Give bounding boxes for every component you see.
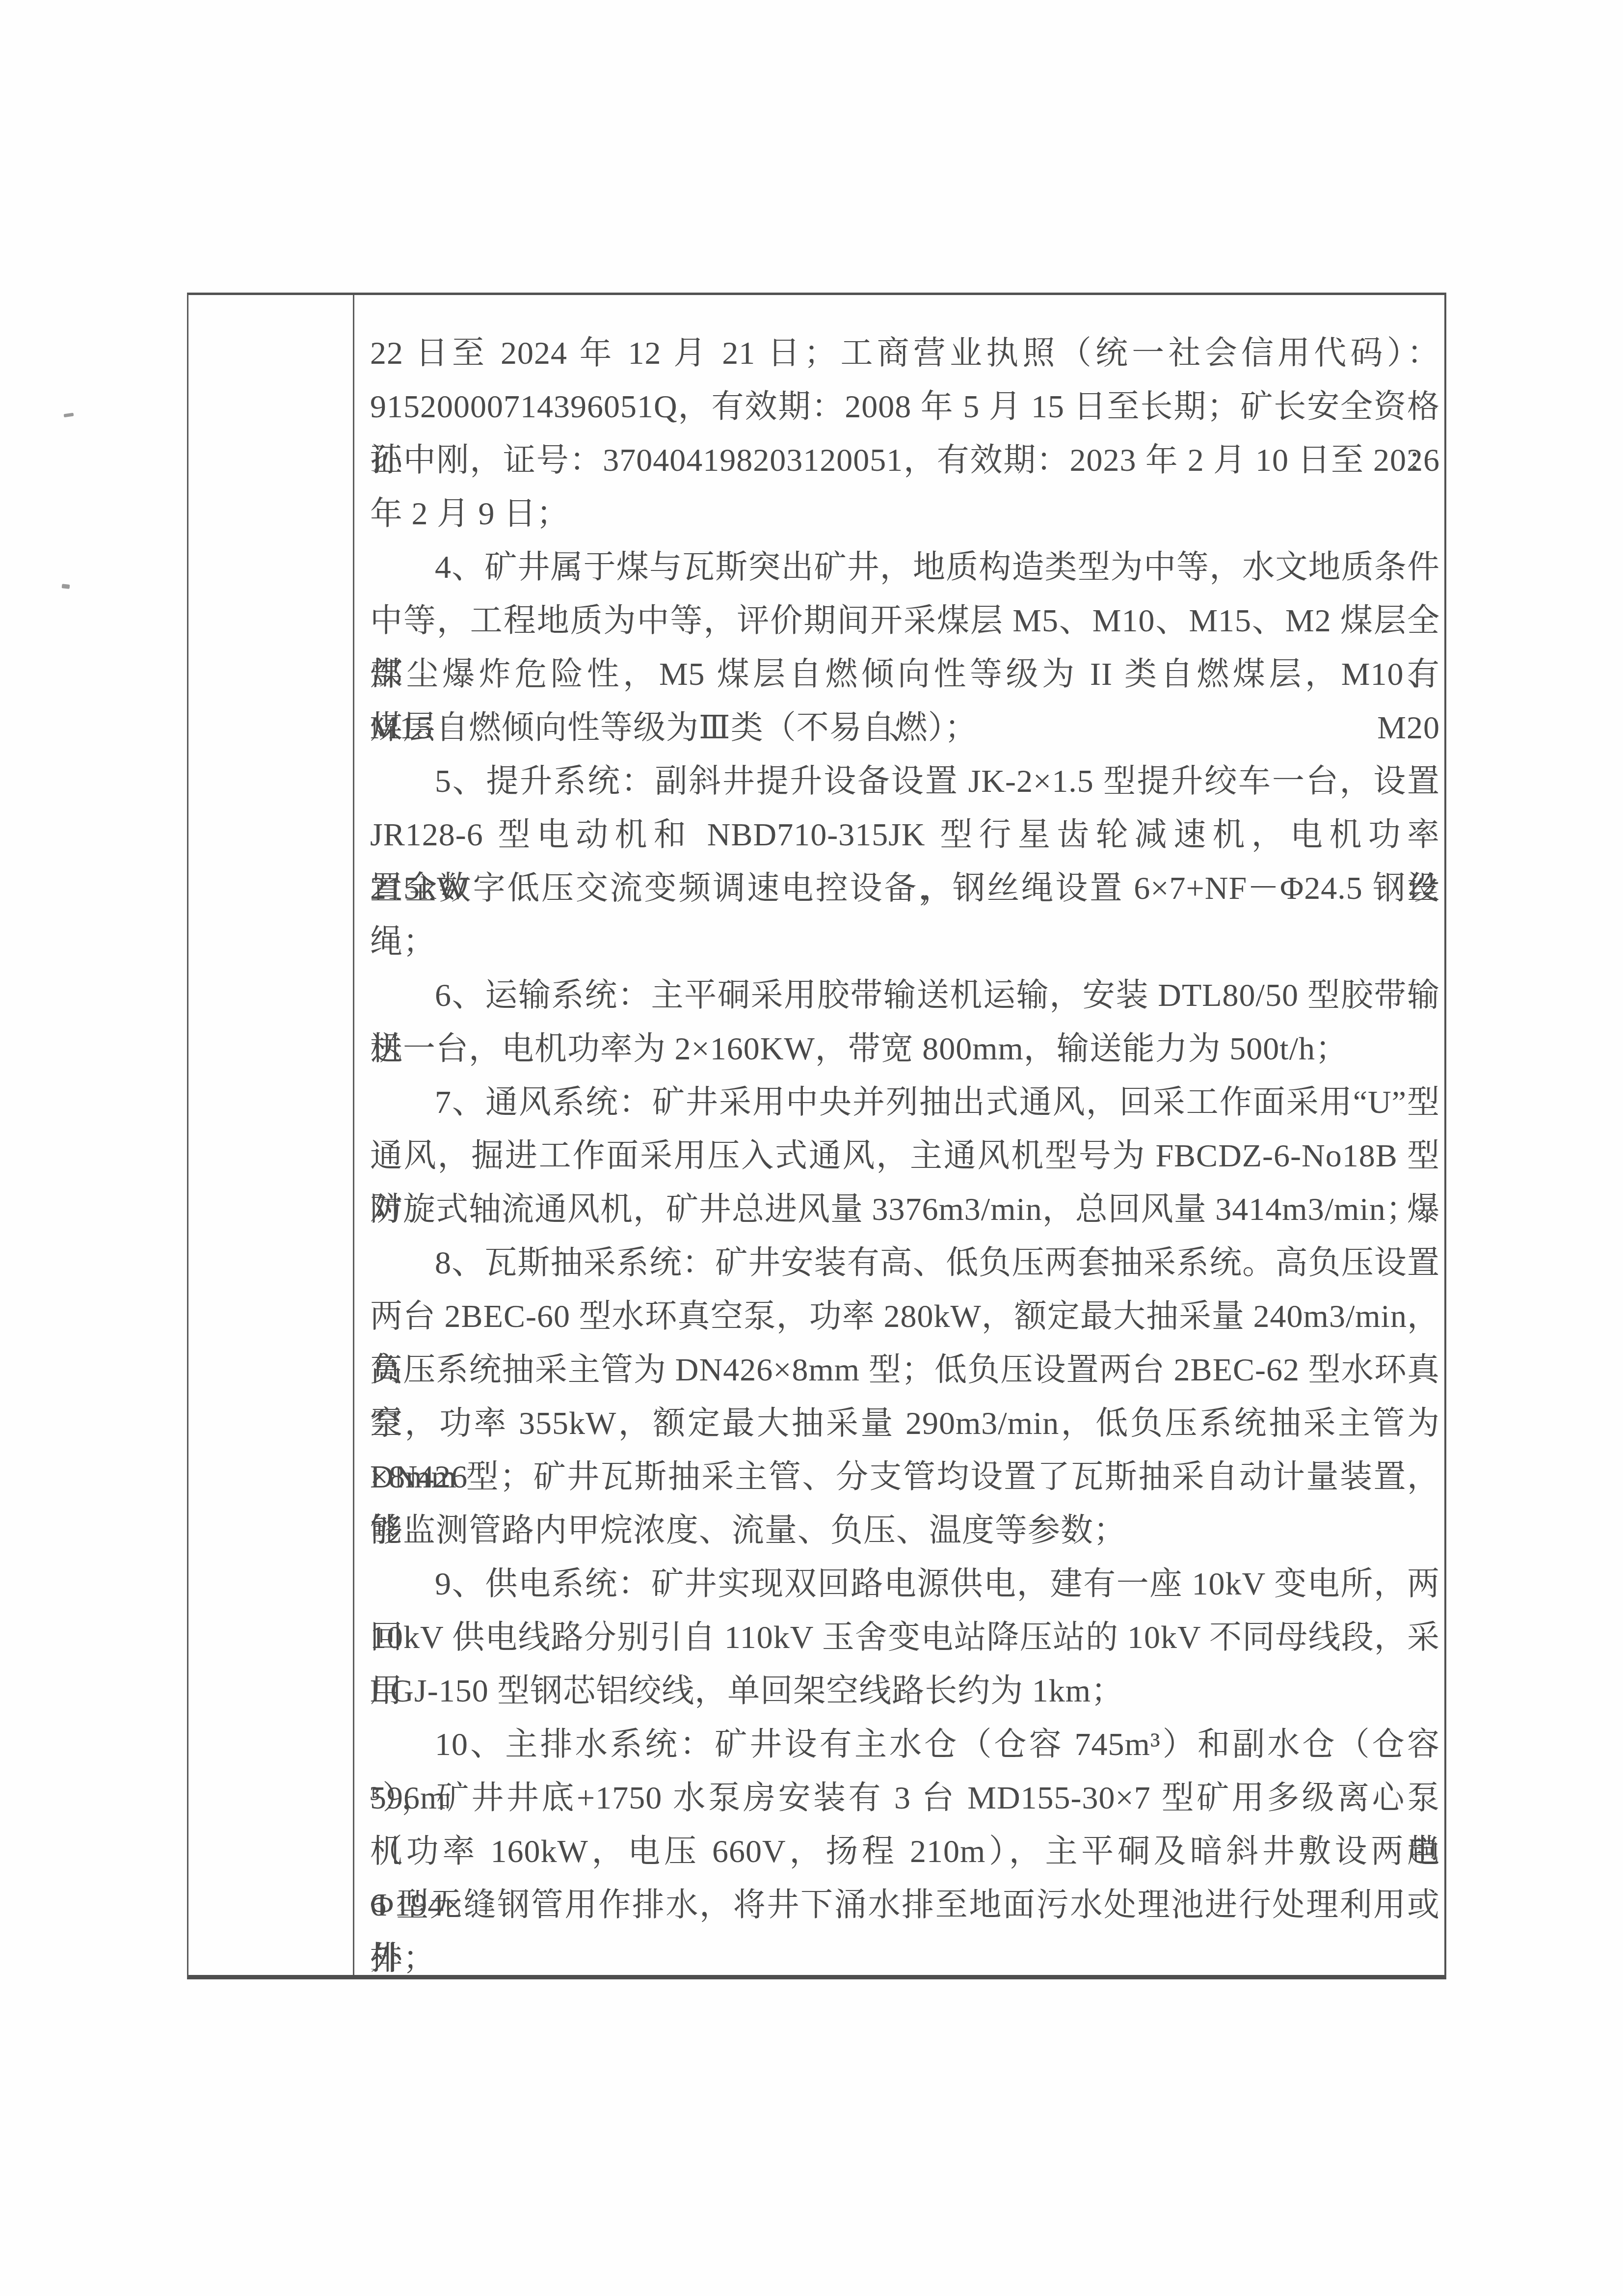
text-line: 孙中刚，证号：370404198203120051，有效期：2023 年 2 月…: [370, 433, 1440, 487]
scan-artifact: [62, 584, 70, 589]
text-line: 中等，工程地质为中等，评价期间开采煤层 M5、M10、M15、M2 煤层全部有: [370, 594, 1440, 648]
text-line: 煤尘爆炸危险性，M5 煤层自燃倾向性等级为 II 类自燃煤层，M10、M15、M…: [370, 648, 1440, 701]
text-line: 22 日至 2024 年 12 月 21 日；工商营业执照（统一社会信用代码）：: [370, 326, 1440, 380]
text-line: 6、运输系统：主平硐采用胶带输送机运输，安装 DTL80/50 型胶带输送: [370, 969, 1440, 1022]
text-line: 9、供电系统：矿井实现双回路电源供电，建有一座 10kV 变电所，两回: [370, 1557, 1440, 1611]
scanned-page: 22 日至 2024 年 12 月 21 日；工商营业执照（统一社会信用代码）：…: [0, 0, 1623, 2296]
text-line: 置全数字低压交流变频调速电控设备，钢丝绳设置 6×7+NF－Φ24.5 钢丝: [370, 862, 1440, 915]
text-line: 对旋式轴流通风机，矿井总进风量 3376m3/min，总回风量 3414m3/m…: [370, 1183, 1440, 1236]
text-line: 够监测管路内甲烷浓度、流量、负压、温度等参数；: [370, 1504, 1440, 1557]
text-line: 10、主排水系统：矿井设有主水仓（仓容 745m³）和副水仓（仓容 596m: [370, 1718, 1440, 1771]
text-line: 4、矿井属于煤与瓦斯突出矿井，地质构造类型为中等，水文地质条件: [370, 540, 1440, 594]
scan-artifact: [64, 413, 74, 418]
text-line: 排；: [370, 1932, 1440, 1985]
table-text-cell: 22 日至 2024 年 12 月 21 日；工商营业执照（统一社会信用代码）：…: [370, 326, 1440, 1985]
text-line: 机一台，电机功率为 2×160KW，带宽 800mm，输送能力为 500t/h；: [370, 1022, 1440, 1076]
table-column-separator: [353, 295, 354, 1975]
text-line: 6 型无缝钢管用作排水，将井下涌水排至地面污水处理池进行处理利用或外: [370, 1878, 1440, 1932]
text-line: 7、通风系统：矿井采用中央并列抽出式通风，回采工作面采用“U”型: [370, 1076, 1440, 1129]
text-line: 5、提升系统：副斜井提升设备设置 JK-2×1.5 型提升绞车一台，设置: [370, 755, 1440, 808]
text-line: 机功率 160kW，电压 660V，扬程 210m），主平硐及暗斜井敷设两趟 Φ…: [370, 1825, 1440, 1878]
text-line: 年 2 月 9 日；: [370, 487, 1440, 540]
text-line: 8、瓦斯抽采系统：矿井安装有高、低负压两套抽采系统。高负压设置: [370, 1236, 1440, 1290]
report-table: 22 日至 2024 年 12 月 21 日；工商营业执照（统一社会信用代码）：…: [187, 293, 1446, 1979]
text-line: 通风，掘进工作面采用压入式通风，主通风机型号为 FBCDZ-6-No18B 型防…: [370, 1129, 1440, 1183]
text-line: ×8mm 型；矿井瓦斯抽采主管、分支管均设置了瓦斯抽采自动计量装置，能: [370, 1450, 1440, 1504]
text-line: 91520000714396051Q，有效期：2008 年 5 月 15 日至长…: [370, 380, 1440, 433]
table-left-column-empty: [188, 295, 353, 1975]
text-line: 10kV 供电线路分别引自 110kV 玉舍变电站降压站的 10kV 不同母线段…: [370, 1611, 1440, 1664]
text-line: ³），矿井井底+1750 水泵房安装有 3 台 MD155-30×7 型矿用多级…: [370, 1771, 1440, 1825]
text-line: JR128-6 型电动机和 NBD710-315JK 型行星齿轮减速机，电机功率…: [370, 808, 1440, 862]
text-line: 两台 2BEC-60 型水环真空泵，功率 280kW，额定最大抽采量 240m3…: [370, 1290, 1440, 1343]
text-line: LGJ-150 型钢芯铝绞线，单回架空线路长约为 1km；: [370, 1664, 1440, 1718]
text-line: 泵，功率 355kW，额定最大抽采量 290m3/min，低负压系统抽采主管为 …: [370, 1397, 1440, 1450]
text-line: 绳；: [370, 915, 1440, 969]
text-line: 负压系统抽采主管为 DN426×8mm 型；低负压设置两台 2BEC-62 型水…: [370, 1343, 1440, 1397]
